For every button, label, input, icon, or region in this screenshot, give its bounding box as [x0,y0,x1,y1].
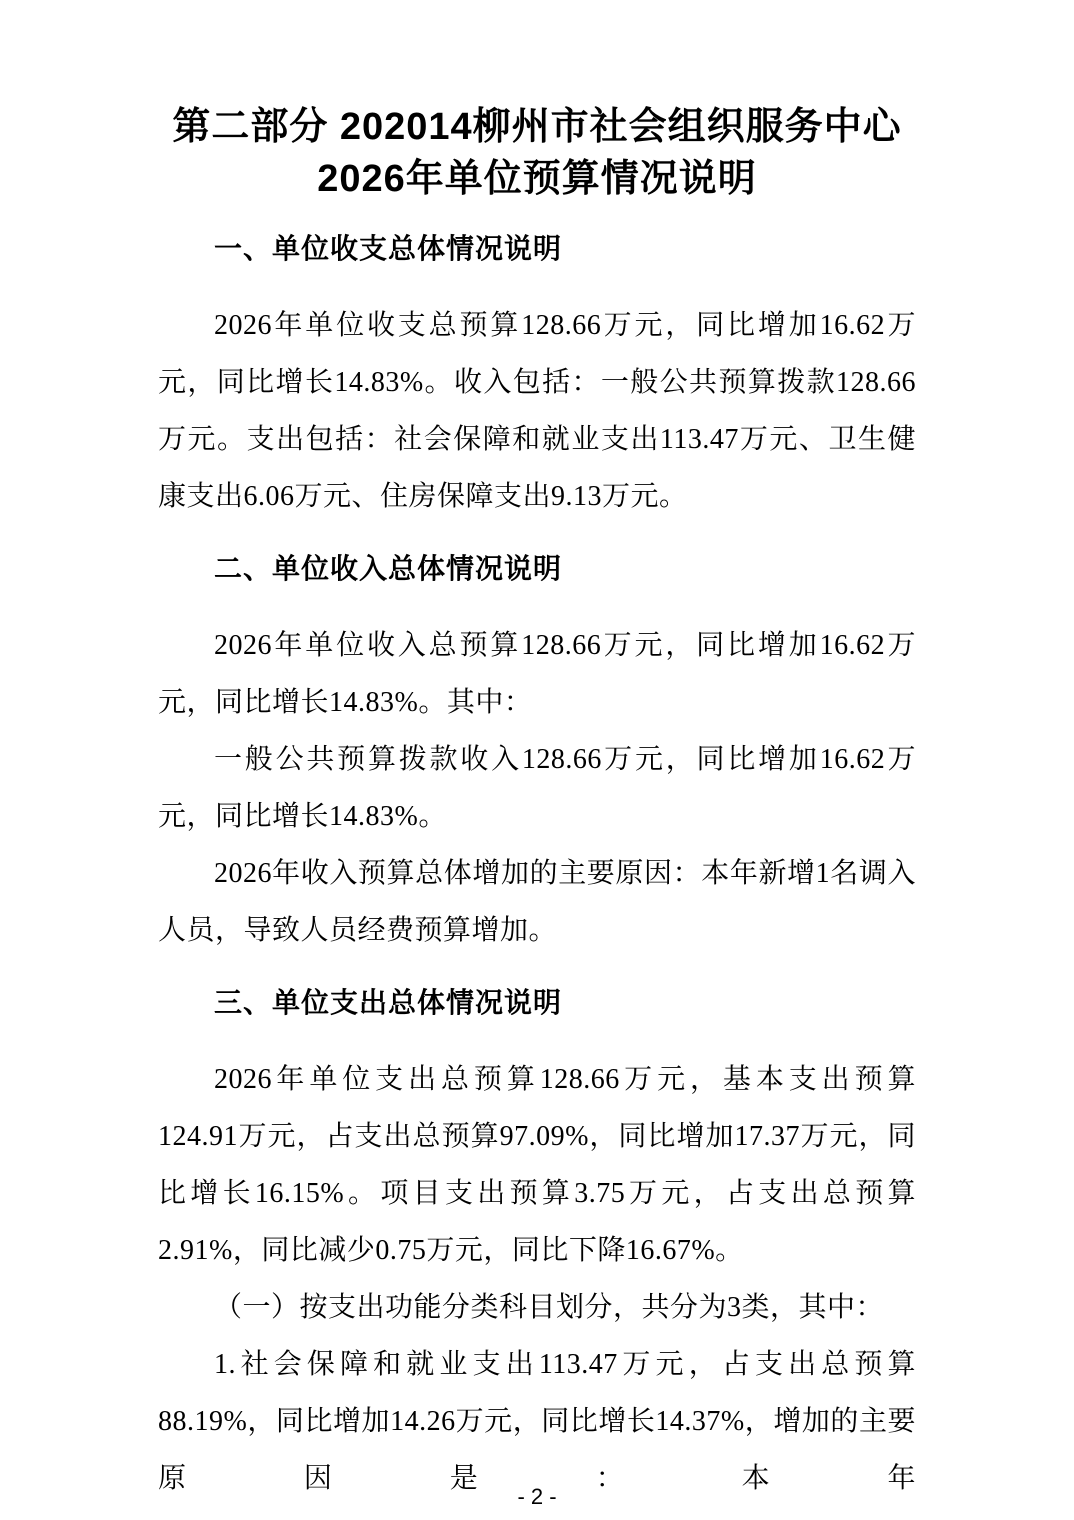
page-number: - 2 - [0,1484,1074,1510]
section-heading-1: 一、单位收支总体情况说明 [158,220,916,277]
section-income-expenditure-overview: 一、单位收支总体情况说明 2026年单位收支总预算128.66万元，同比增加16… [158,220,916,525]
section-income-overview: 二、单位收入总体情况说明 2026年单位收入总预算128.66万元，同比增加16… [158,540,916,959]
document-title-line-1: 第二部分 202014柳州市社会组织服务中心 [158,101,916,153]
document-title-line-2: 2026年单位预算情况说明 [158,153,916,205]
section-heading-3: 三、单位支出总体情况说明 [158,974,916,1031]
paragraph: 1.社会保障和就业支出113.47万元，占支出总预算88.19%，同比增加14.… [158,1336,916,1507]
paragraph: 2026年单位收入总预算128.66万元，同比增加16.62万元，同比增长14.… [158,617,916,731]
paragraph: 2026年收入预算总体增加的主要原因：本年新增1名调入人员，导致人员经费预算增加… [158,845,916,959]
paragraph: 2026年单位支出总预算128.66万元，基本支出预算124.91万元，占支出总… [158,1051,916,1279]
section-heading-2: 二、单位收入总体情况说明 [158,540,916,597]
document-title: 第二部分 202014柳州市社会组织服务中心 2026年单位预算情况说明 [158,101,916,205]
section-expenditure-overview: 三、单位支出总体情况说明 2026年单位支出总预算128.66万元，基本支出预算… [158,974,916,1507]
paragraph: 2026年单位收支总预算128.66万元，同比增加16.62万元，同比增长14.… [158,297,916,525]
paragraph: （一）按支出功能分类科目划分，共分为3类，其中： [158,1279,916,1336]
document-page: 第二部分 202014柳州市社会组织服务中心 2026年单位预算情况说明 一、单… [0,0,1074,1520]
paragraph: 一般公共预算拨款收入128.66万元，同比增加16.62万元，同比增长14.83… [158,731,916,845]
